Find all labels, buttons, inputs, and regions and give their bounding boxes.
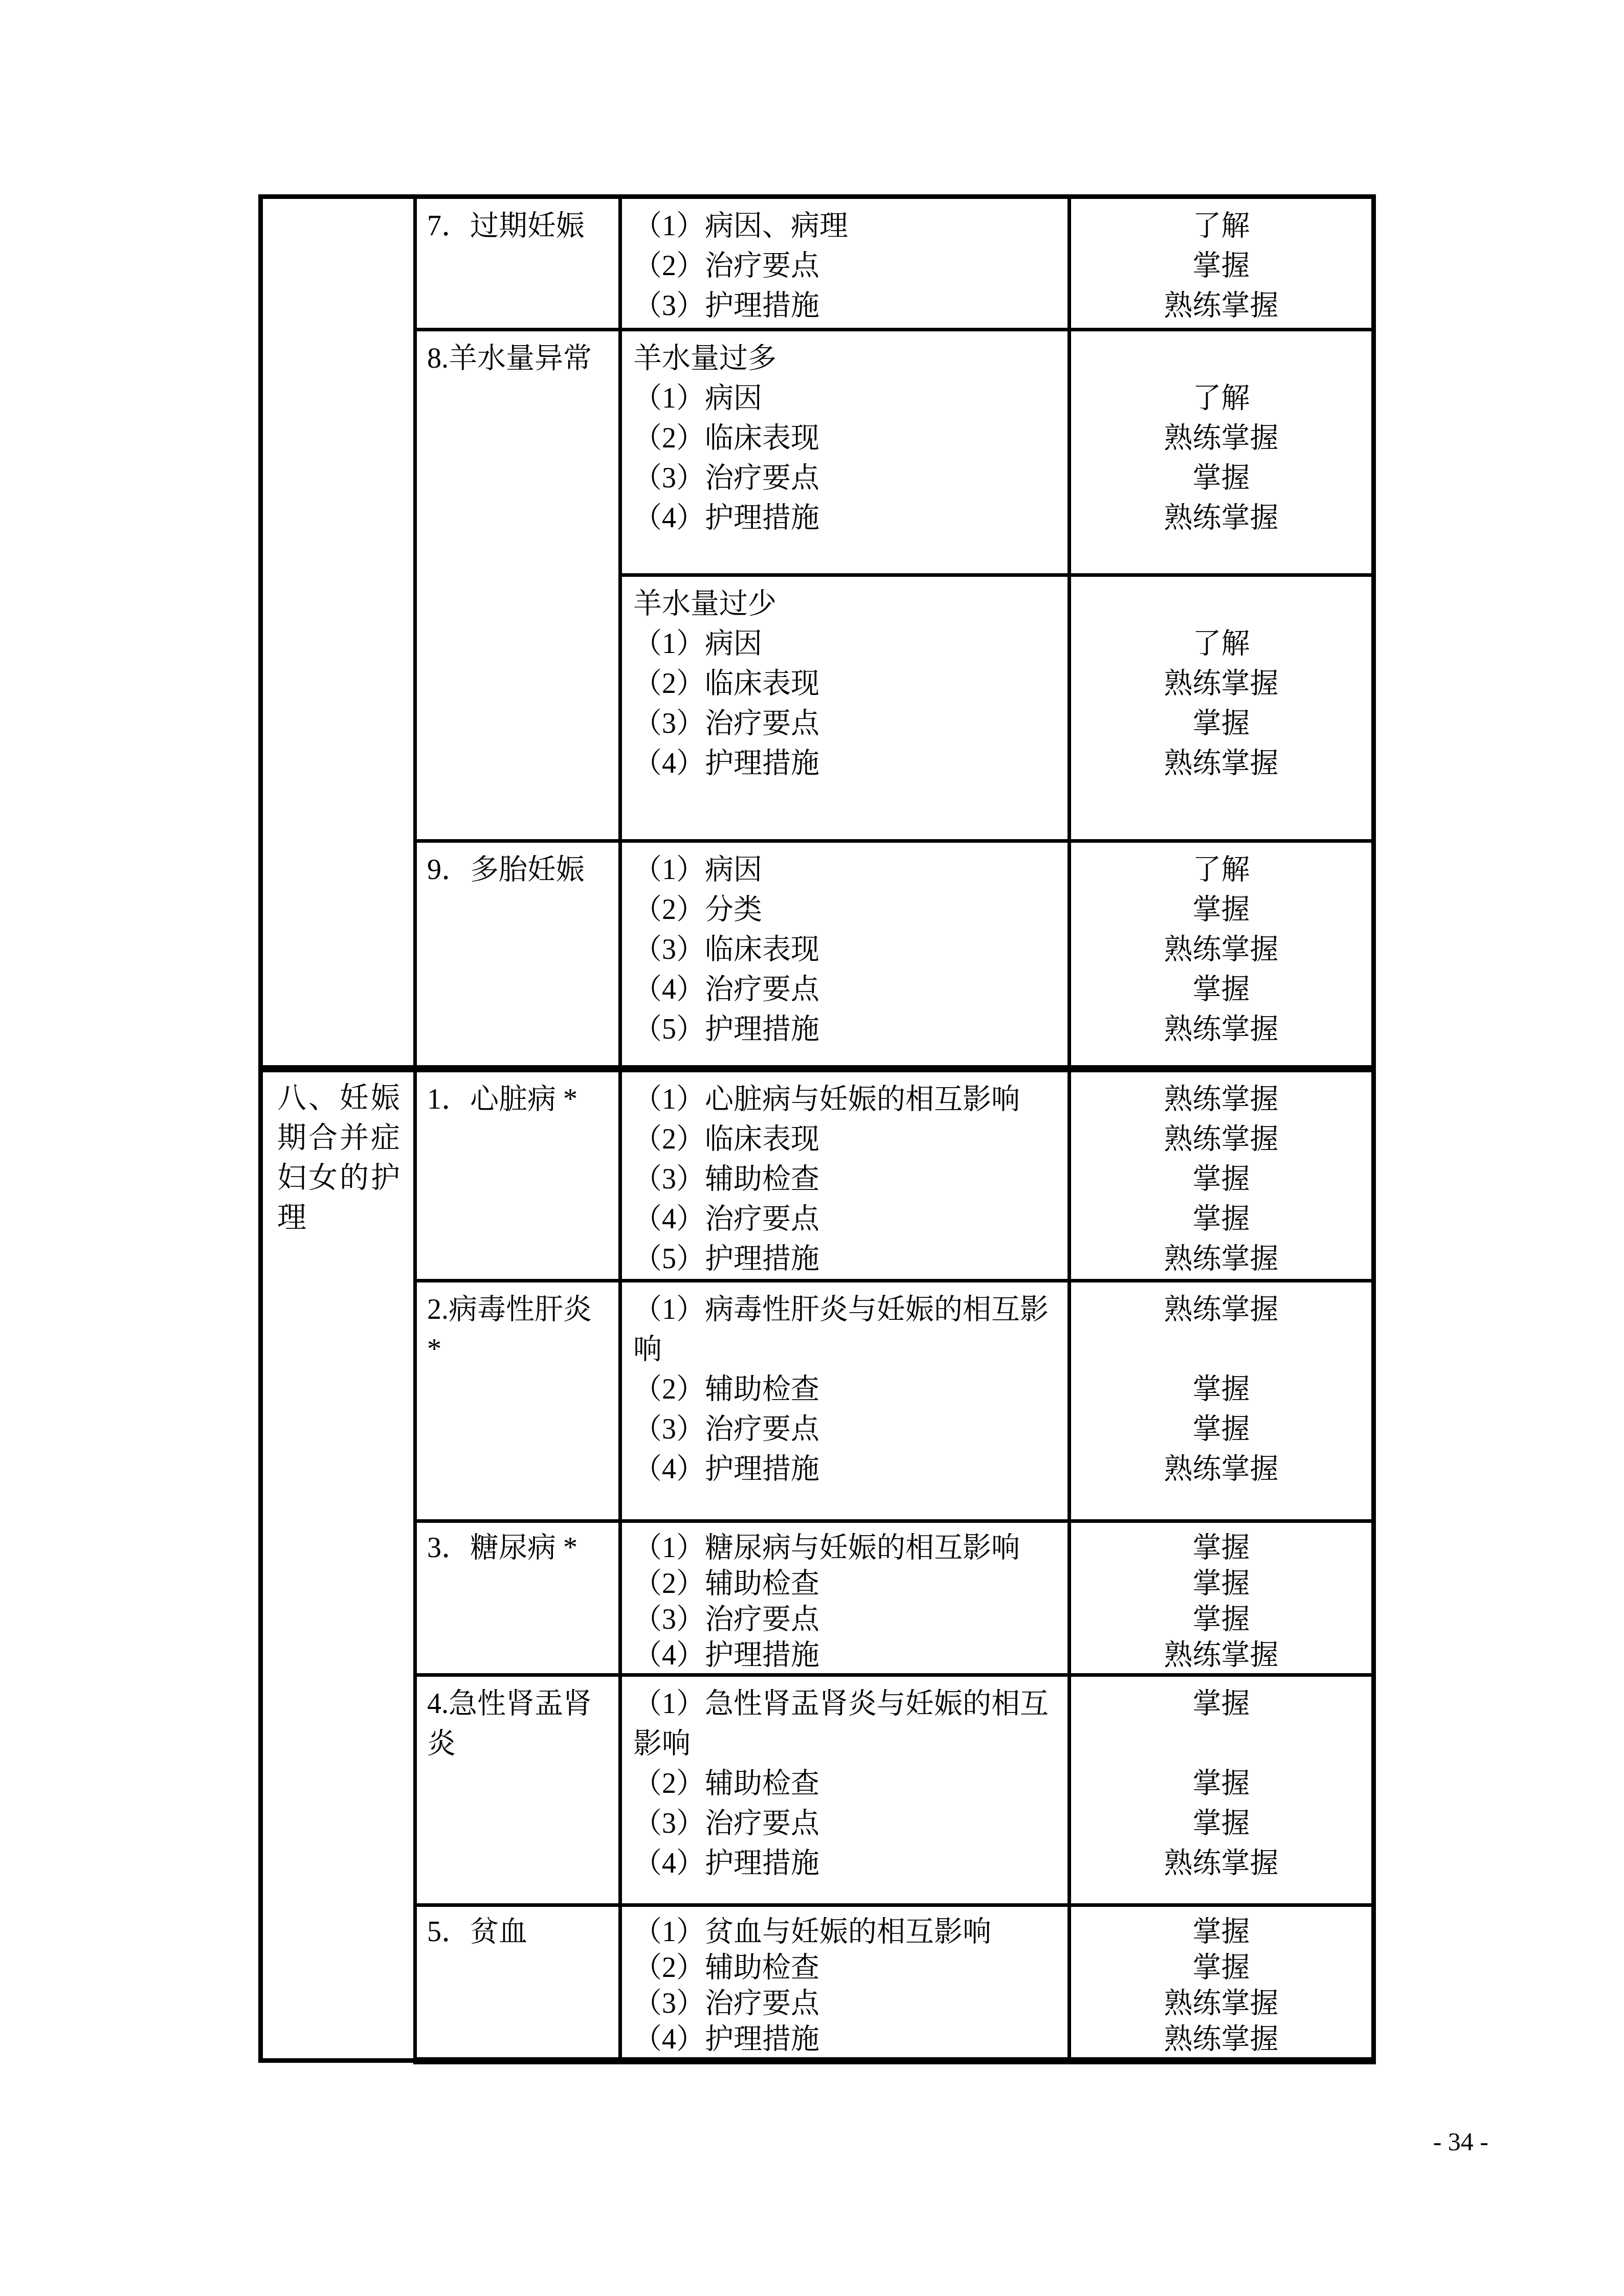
category-cell-empty — [261, 197, 415, 1069]
item-line: （4）护理措施 — [633, 1449, 1067, 1489]
item-line: （5）护理措施 — [633, 1009, 1067, 1049]
table-row: 2.病毒性肝炎* （1）病毒性肝炎与妊娠的相互影响（2）辅助检查（3）治疗要点（… — [261, 1280, 1374, 1521]
item-line: （1）病因 — [633, 850, 1067, 890]
table-row: 8.羊水量异常 羊水量过多（1）病因（2）临床表现（3）治疗要点（4）护理措施 … — [261, 330, 1374, 575]
items-cell: （1）心脏病与妊娠的相互影响（2）临床表现（3）辅助检查（4）治疗要点（5）护理… — [620, 1069, 1070, 1281]
requirement-line: 熟练掌握 — [1071, 930, 1371, 970]
requirements-cell: 掌握掌握掌握熟练掌握 — [1070, 1675, 1374, 1905]
requirement-line: 熟练掌握 — [1071, 1637, 1371, 1673]
item-line: （1）糖尿病与妊娠的相互影响 — [633, 1530, 1067, 1566]
category-cell: 八、妊娠期合并症妇女的护理 — [261, 1069, 415, 2061]
item-line: 响 — [633, 1330, 1067, 1369]
item-line: （3）治疗要点 — [633, 1409, 1067, 1449]
topic-line: * — [427, 1330, 618, 1369]
topic-line: 5．贫血 — [427, 1914, 618, 1950]
requirements-cell: 了解掌握熟练掌握 — [1070, 197, 1374, 330]
syllabus-table: 7．过期妊娠 （1）病因、病理（2）治疗要点（3）护理措施 了解掌握熟练掌握 8… — [258, 194, 1376, 2064]
table-row: 5．贫血 （1）贫血与妊娠的相互影响（2）辅助检查（3）治疗要点（4）护理措施 … — [261, 1905, 1374, 2061]
requirement-line: 掌握 — [1071, 1602, 1371, 1637]
items-cell: （1）病因（2）分类（3）临床表现（4）治疗要点（5）护理措施 — [620, 841, 1070, 1069]
item-line: （4）治疗要点 — [633, 970, 1067, 1009]
topic-cell: 3．糖尿病 * — [415, 1521, 620, 1675]
table-row: 9．多胎妊娠 （1）病因（2）分类（3）临床表现（4）治疗要点（5）护理措施 了… — [261, 841, 1374, 1069]
item-line: （3）辅助检查 — [633, 1159, 1067, 1199]
requirement-line: 掌握 — [1071, 1914, 1371, 1950]
item-line: 羊水量过少 — [633, 584, 1067, 624]
topic-cell: 5．贫血 — [415, 1905, 620, 2061]
topic-cell: 4.急性肾盂肾炎 — [415, 1675, 620, 1905]
requirement-line: 熟练掌握 — [1071, 1239, 1371, 1279]
item-line: （4）护理措施 — [633, 744, 1067, 783]
requirement-line: 熟练掌握 — [1071, 664, 1371, 704]
topic-cell: 9．多胎妊娠 — [415, 841, 620, 1069]
requirement-line: 掌握 — [1071, 890, 1371, 930]
requirement-line: 掌握 — [1071, 1530, 1371, 1566]
item-line: （3）治疗要点 — [633, 458, 1067, 498]
topic-line: 2.病毒性肝炎 — [427, 1290, 618, 1330]
item-line: （4）护理措施 — [633, 2021, 1067, 2057]
item-line: （2）治疗要点 — [633, 246, 1067, 286]
requirements-cell: 了解熟练掌握掌握熟练掌握 — [1070, 575, 1374, 841]
item-line: （1）病因 — [633, 624, 1067, 664]
items-cell: （1）病毒性肝炎与妊娠的相互影响（2）辅助检查（3）治疗要点（4）护理措施 — [620, 1280, 1070, 1521]
table-row: 3．糖尿病 * （1）糖尿病与妊娠的相互影响（2）辅助检查（3）治疗要点（4）护… — [261, 1521, 1374, 1675]
requirement-line: 掌握 — [1071, 704, 1371, 744]
item-line: 影响 — [633, 1724, 1067, 1764]
requirements-cell: 熟练掌握掌握掌握熟练掌握 — [1070, 1280, 1374, 1521]
requirement-line: 掌握 — [1071, 970, 1371, 1009]
item-line: （4）护理措施 — [633, 498, 1067, 538]
table-row-section-start: 八、妊娠期合并症妇女的护理 1．心脏病 * （1）心脏病与妊娠的相互影响（2）临… — [261, 1069, 1374, 1281]
requirement-line — [1071, 1724, 1371, 1764]
topic-line: 1．心脏病 * — [427, 1079, 618, 1119]
requirements-cell: 掌握掌握熟练掌握熟练掌握 — [1070, 1905, 1374, 2061]
requirement-line — [1071, 584, 1371, 624]
item-line: （3）治疗要点 — [633, 1804, 1067, 1843]
item-line: （5）护理措施 — [633, 1239, 1067, 1279]
topic-line: 9．多胎妊娠 — [427, 850, 618, 890]
item-line: （1）病因、病理 — [633, 206, 1067, 246]
requirement-line: 熟练掌握 — [1071, 418, 1371, 458]
item-line: （3）治疗要点 — [633, 1986, 1067, 2021]
item-line: （2）临床表现 — [633, 664, 1067, 704]
table-row: 7．过期妊娠 （1）病因、病理（2）治疗要点（3）护理措施 了解掌握熟练掌握 — [261, 197, 1374, 330]
item-line: （3）治疗要点 — [633, 704, 1067, 744]
requirements-cell: 熟练掌握熟练掌握掌握掌握熟练掌握 — [1070, 1069, 1374, 1281]
item-line: （1）急性肾盂肾炎与妊娠的相互 — [633, 1684, 1067, 1724]
requirement-line: 掌握 — [1071, 1950, 1371, 1986]
requirement-line: 了解 — [1071, 206, 1371, 246]
requirements-cell: 了解熟练掌握掌握熟练掌握 — [1070, 330, 1374, 575]
item-line: （4）护理措施 — [633, 1637, 1067, 1673]
page-number: - 34 - — [1350, 2126, 1488, 2157]
item-line: （2）辅助检查 — [633, 1950, 1067, 1986]
topic-cell: 7．过期妊娠 — [415, 197, 620, 330]
topic-cell: 1．心脏病 * — [415, 1069, 620, 1281]
requirement-line: 掌握 — [1071, 1764, 1371, 1804]
requirement-line: 熟练掌握 — [1071, 744, 1371, 783]
item-line: （4）治疗要点 — [633, 1199, 1067, 1239]
topic-line: 3．糖尿病 * — [427, 1530, 618, 1566]
item-line: （2）分类 — [633, 890, 1067, 930]
requirement-line: 掌握 — [1071, 458, 1371, 498]
requirement-line: 掌握 — [1071, 1369, 1371, 1409]
requirement-line: 了解 — [1071, 850, 1371, 890]
requirement-line — [1071, 339, 1371, 378]
requirement-line: 掌握 — [1071, 1199, 1371, 1239]
requirement-line: 熟练掌握 — [1071, 1009, 1371, 1049]
items-cell: （1）糖尿病与妊娠的相互影响（2）辅助检查（3）治疗要点（4）护理措施 — [620, 1521, 1070, 1675]
item-line: （4）护理措施 — [633, 1843, 1067, 1883]
requirement-line: 掌握 — [1071, 246, 1371, 286]
requirement-line: 掌握 — [1071, 1804, 1371, 1843]
item-line: （2）辅助检查 — [633, 1369, 1067, 1409]
requirement-line: 熟练掌握 — [1071, 2021, 1371, 2057]
item-line: （1）病毒性肝炎与妊娠的相互影 — [633, 1290, 1067, 1330]
item-line: （1）贫血与妊娠的相互影响 — [633, 1914, 1067, 1950]
table-row: 4.急性肾盂肾炎 （1）急性肾盂肾炎与妊娠的相互影响（2）辅助检查（3）治疗要点… — [261, 1675, 1374, 1905]
requirement-line: 熟练掌握 — [1071, 1986, 1371, 2021]
topic-line: 4.急性肾盂肾 — [427, 1684, 618, 1724]
requirement-line: 熟练掌握 — [1071, 286, 1371, 326]
topic-line: 7．过期妊娠 — [427, 206, 618, 246]
topic-line: 8.羊水量异常 — [427, 339, 618, 378]
item-line: （3）治疗要点 — [633, 1602, 1067, 1637]
requirement-line: 熟练掌握 — [1071, 1843, 1371, 1883]
items-cell: （1）贫血与妊娠的相互影响（2）辅助检查（3）治疗要点（4）护理措施 — [620, 1905, 1070, 2061]
item-line: （2）辅助检查 — [633, 1566, 1067, 1602]
requirement-line: 掌握 — [1071, 1684, 1371, 1724]
requirement-line: 熟练掌握 — [1071, 1079, 1371, 1119]
items-cell: （1）急性肾盂肾炎与妊娠的相互影响（2）辅助检查（3）治疗要点（4）护理措施 — [620, 1675, 1070, 1905]
section-category-label: 八、妊娠期合并症妇女的护理 — [277, 1078, 400, 1238]
item-line: （3）护理措施 — [633, 286, 1067, 326]
requirement-line: 了解 — [1071, 378, 1371, 418]
topic-cell: 2.病毒性肝炎* — [415, 1280, 620, 1521]
requirement-line: 掌握 — [1071, 1409, 1371, 1449]
item-line: （1）心脏病与妊娠的相互影响 — [633, 1079, 1067, 1119]
requirement-line: 熟练掌握 — [1071, 1119, 1371, 1159]
items-cell: （1）病因、病理（2）治疗要点（3）护理措施 — [620, 197, 1070, 330]
requirement-line: 掌握 — [1071, 1159, 1371, 1199]
item-line: （3）临床表现 — [633, 930, 1067, 970]
item-line: （2）临床表现 — [633, 1119, 1067, 1159]
requirement-line — [1071, 1330, 1371, 1369]
requirements-cell: 掌握掌握掌握熟练掌握 — [1070, 1521, 1374, 1675]
requirement-line: 掌握 — [1071, 1566, 1371, 1602]
item-line: （2）临床表现 — [633, 418, 1067, 458]
items-cell: 羊水量过多（1）病因（2）临床表现（3）治疗要点（4）护理措施 — [620, 330, 1070, 575]
requirement-line: 熟练掌握 — [1071, 1449, 1371, 1489]
topic-line: 炎 — [427, 1724, 618, 1764]
item-line: 羊水量过多 — [633, 339, 1067, 378]
items-cell: 羊水量过少（1）病因（2）临床表现（3）治疗要点（4）护理措施 — [620, 575, 1070, 841]
item-line: （2）辅助检查 — [633, 1764, 1067, 1804]
requirement-line: 熟练掌握 — [1071, 1290, 1371, 1330]
topic-cell: 8.羊水量异常 — [415, 330, 620, 841]
item-line: （1）病因 — [633, 378, 1067, 418]
requirement-line: 熟练掌握 — [1071, 498, 1371, 538]
requirement-line: 了解 — [1071, 624, 1371, 664]
requirements-cell: 了解掌握熟练掌握掌握熟练掌握 — [1070, 841, 1374, 1069]
